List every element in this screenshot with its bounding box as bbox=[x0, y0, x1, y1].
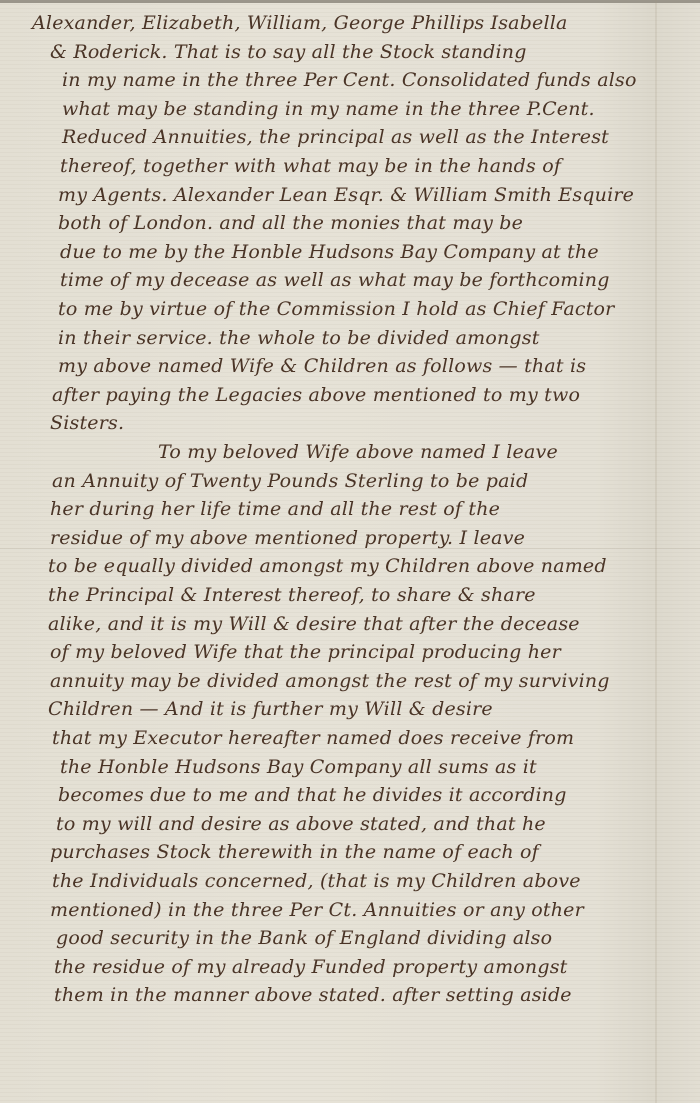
text-line: both of London. and all the monies that … bbox=[58, 212, 523, 234]
text-line: to be equally divided amongst my Childre… bbox=[48, 555, 607, 577]
text-line: becomes due to me and that he divides it… bbox=[58, 784, 567, 806]
text-line: the residue of my already Funded propert… bbox=[54, 956, 568, 978]
text-line: alike, and it is my Will & desire that a… bbox=[48, 613, 580, 635]
text-line: in their service. the whole to be divide… bbox=[58, 327, 540, 349]
text-line: annuity may be divided amongst the rest … bbox=[50, 670, 610, 692]
text-line: after paying the Legacies above mentione… bbox=[52, 384, 580, 406]
text-line: due to me by the Honble Hudsons Bay Comp… bbox=[60, 241, 599, 263]
manuscript-page: Alexander, Elizabeth, William, George Ph… bbox=[0, 0, 700, 1103]
text-line: an Annuity of Twenty Pounds Sterling to … bbox=[52, 470, 528, 492]
text-line: the Honble Hudsons Bay Company all sums … bbox=[60, 756, 537, 778]
text-line: to me by virtue of the Commission I hold… bbox=[58, 298, 614, 320]
page-top-edge bbox=[0, 0, 700, 3]
text-line: my Agents. Alexander Lean Esqr. & Willia… bbox=[58, 184, 634, 206]
text-line: Alexander, Elizabeth, William, George Ph… bbox=[32, 12, 568, 34]
text-line: purchases Stock therewith in the name of… bbox=[50, 841, 539, 863]
text-line: time of my decease as well as what may b… bbox=[60, 269, 610, 291]
page-vertical-fold bbox=[655, 0, 657, 1103]
text-line: Children — And it is further my Will & d… bbox=[48, 698, 493, 720]
text-line: in my name in the three Per Cent. Consol… bbox=[62, 69, 637, 91]
text-line: To my beloved Wife above named I leave bbox=[158, 441, 558, 463]
text-line: to my will and desire as above stated, a… bbox=[56, 813, 546, 835]
text-line: the Individuals concerned, (that is my C… bbox=[52, 870, 581, 892]
text-line: & Roderick. That is to say all the Stock… bbox=[50, 41, 527, 63]
text-line: residue of my above mentioned property. … bbox=[50, 527, 525, 549]
text-line: of my beloved Wife that the principal pr… bbox=[50, 641, 561, 663]
text-line: Reduced Annuities, the principal as well… bbox=[62, 126, 609, 148]
text-line: Sisters. bbox=[50, 412, 124, 434]
text-line: that my Executor hereafter named does re… bbox=[52, 727, 574, 749]
text-line: good security in the Bank of England div… bbox=[56, 927, 552, 949]
text-line: mentioned) in the three Per Ct. Annuitie… bbox=[50, 899, 584, 921]
text-line: them in the manner above stated. after s… bbox=[54, 984, 572, 1006]
text-line: thereof, together with what may be in th… bbox=[60, 155, 561, 177]
text-line: my above named Wife & Children as follow… bbox=[58, 355, 586, 377]
text-line: her during her life time and all the res… bbox=[50, 498, 500, 520]
text-line: what may be standing in my name in the t… bbox=[62, 98, 595, 120]
text-line: the Principal & Interest thereof, to sha… bbox=[48, 584, 536, 606]
